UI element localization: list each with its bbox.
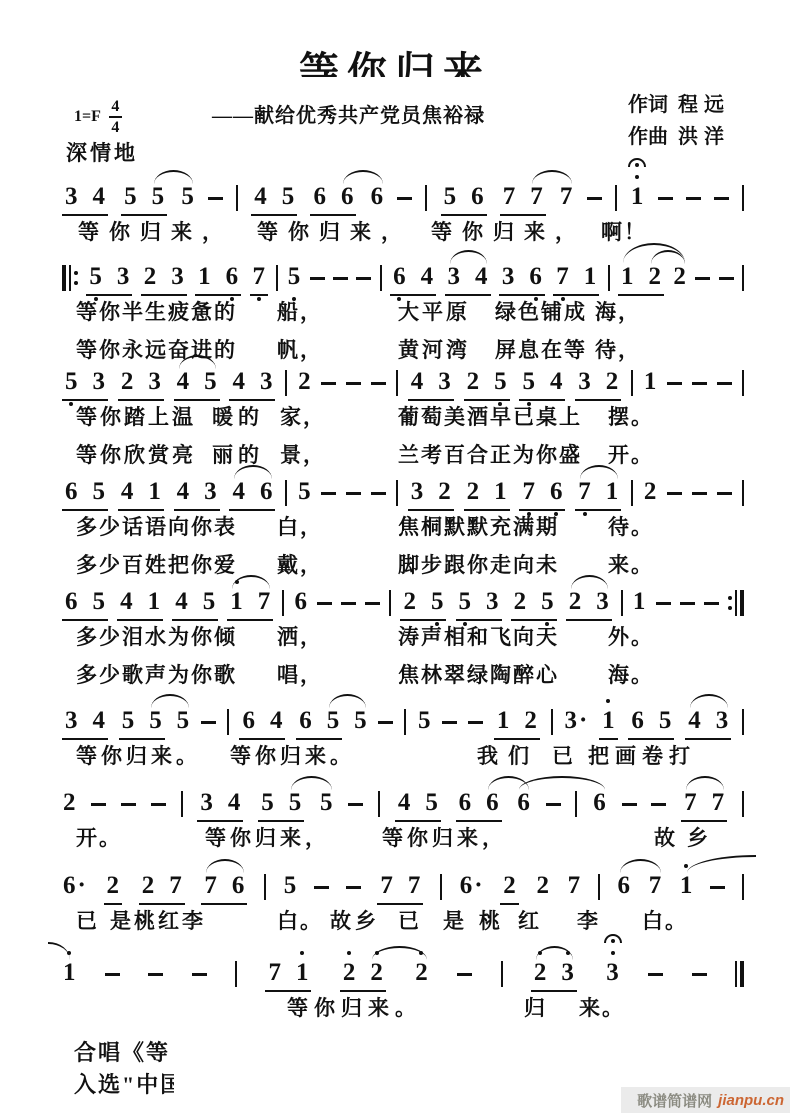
note-number: 4	[398, 789, 411, 816]
note: 6	[392, 262, 407, 292]
note: 4	[176, 367, 191, 397]
barline-thick	[62, 265, 66, 291]
note-number: 6	[550, 478, 563, 505]
beam-group: 76	[519, 477, 565, 511]
note: 1	[295, 958, 310, 988]
beam-group: 45	[251, 182, 297, 216]
lyric-segment: 已	[552, 740, 575, 770]
note: 5	[297, 477, 312, 507]
beam-group: 34	[62, 706, 108, 740]
beam-group: 54	[519, 367, 565, 401]
note-number: 6	[65, 588, 78, 615]
note-number: 4	[232, 478, 245, 505]
note: 2	[342, 958, 357, 988]
note-number: 7	[258, 588, 271, 615]
barline-thick	[740, 961, 744, 987]
note-number: 2	[144, 263, 157, 290]
lyric-segment: 等你欣赏亮	[76, 439, 196, 469]
octave-dot-above	[606, 699, 610, 703]
note: 4	[92, 182, 107, 212]
note-number: 5	[327, 707, 340, 734]
note-number: 5	[124, 183, 137, 210]
note-number: 2	[121, 368, 134, 395]
note: 6·	[459, 871, 484, 901]
note-number: 1	[148, 478, 161, 505]
lyric-segment: 归	[524, 992, 547, 1022]
note: 6	[64, 587, 79, 617]
beam-group: 7	[250, 262, 269, 296]
note-number: 4	[120, 588, 133, 615]
beam-group: 55	[121, 182, 167, 216]
note: 6	[516, 788, 531, 818]
note: 2	[297, 367, 312, 397]
note: 3	[92, 367, 107, 397]
slur-arc	[519, 776, 605, 790]
slur-arc	[536, 946, 573, 960]
beam-group: 43	[229, 367, 275, 401]
note: 6	[340, 182, 355, 212]
barline	[615, 185, 617, 211]
lyric-segment: 戴，	[277, 549, 323, 579]
note-number: 2	[524, 707, 537, 734]
note: 3	[447, 262, 462, 292]
note-number: 2	[467, 478, 480, 505]
note: 3	[64, 182, 79, 212]
lyrics-line: 等你踏上温暖的家，葡萄美酒早已桌上摆。	[62, 401, 744, 429]
note: 4	[269, 706, 284, 736]
beam-group: 77	[377, 871, 423, 905]
barline	[742, 874, 744, 900]
beam-group: 34	[62, 182, 108, 216]
sustain-dash	[356, 277, 371, 280]
note-number: 4	[550, 368, 563, 395]
notes-row: 171222233	[62, 958, 744, 992]
slur-arc	[620, 859, 661, 873]
sustain-dash	[121, 803, 136, 806]
note-number: 6	[517, 789, 530, 816]
note: 7	[521, 477, 536, 507]
note-number: 3	[65, 183, 78, 210]
beam-group: 23	[118, 367, 164, 401]
fermata-icon	[628, 158, 646, 167]
note: 3·	[563, 706, 588, 736]
sustain-dash	[348, 803, 363, 806]
note-number: 7	[253, 263, 266, 290]
note: 4	[119, 587, 134, 617]
lyric-segment: 我们	[477, 740, 539, 770]
sustain-dash	[317, 602, 332, 605]
beam-group: 71	[553, 262, 599, 296]
sustain-dash	[151, 803, 166, 806]
note-number: 5	[320, 789, 333, 816]
lyrics-line: 已是桃红李白。故乡已是桃红李白。	[62, 905, 744, 933]
barline	[742, 791, 744, 817]
note-number: 3	[561, 959, 574, 986]
note: 1	[605, 477, 620, 507]
augmentation-dot: ·	[78, 872, 86, 899]
lyric-segment: 故乡	[654, 822, 720, 852]
barline	[440, 874, 442, 900]
note-number: 1	[63, 959, 76, 986]
lyric-segment: 故乡	[330, 905, 380, 935]
note: 1	[583, 262, 598, 292]
note-number: 2	[63, 789, 76, 816]
slur-arc	[686, 776, 724, 790]
lyrics-line: 开。等你归来，等你归来，故乡	[62, 822, 744, 850]
lyric-segment: 啊！	[601, 216, 647, 246]
beam-group: 66	[310, 182, 356, 216]
beam-group: 2	[500, 871, 519, 905]
note-number: 3	[204, 478, 217, 505]
note-number: 3	[448, 263, 461, 290]
slur-arc	[154, 170, 193, 184]
lyric-segment: 多少百姓把你爱	[76, 549, 237, 579]
note-number: 6	[341, 183, 354, 210]
note: 3	[485, 587, 500, 617]
beam-group: 45	[395, 788, 441, 822]
note-number: 1	[621, 263, 634, 290]
beam-group: 65	[296, 706, 342, 740]
note: 7	[257, 587, 272, 617]
note-number: 3	[578, 368, 591, 395]
lyric-segment: 等你归来，	[431, 216, 586, 246]
final-barline	[735, 958, 744, 987]
note-number: 5	[425, 789, 438, 816]
barline	[742, 480, 744, 506]
sustain-dash	[667, 382, 682, 385]
note-number: 7	[578, 478, 591, 505]
note-number: 4	[93, 707, 106, 734]
note: 2	[414, 958, 429, 988]
lyrics-line: 等你归来，等你归来，等你归来，啊！	[62, 216, 744, 244]
barline	[235, 961, 237, 987]
note-number: 5	[289, 789, 302, 816]
notes-row: 532345432432554321	[62, 367, 744, 401]
barline	[621, 590, 623, 616]
beam-group: 41	[118, 477, 164, 511]
note-number: 7	[380, 872, 393, 899]
note-number: 5	[541, 588, 554, 615]
note-number: 6	[459, 789, 472, 816]
lyric-segment: 把画卷打	[588, 740, 696, 770]
note: 5	[123, 182, 138, 212]
note-number: 5	[65, 368, 78, 395]
note: 7	[407, 871, 422, 901]
sustain-dash	[680, 602, 695, 605]
beam-group: 25	[400, 587, 446, 621]
sustain-dash	[346, 886, 361, 889]
note: 1	[62, 958, 77, 988]
note-number: 3	[606, 959, 619, 986]
sustain-dash	[695, 277, 710, 280]
sustain-dash	[622, 803, 637, 806]
lyric-segment: 焦林翠绿陶醉心	[398, 659, 559, 689]
beam-group: 34	[445, 262, 491, 296]
barline	[282, 590, 284, 616]
beam-group: 41	[117, 587, 163, 621]
lyric-segment: 是桃红李	[110, 905, 206, 935]
repeat-dot	[74, 281, 78, 285]
beam-group: 64	[239, 706, 285, 740]
sustain-dash	[686, 197, 701, 200]
note-number: 2	[403, 588, 416, 615]
note: 5	[288, 788, 303, 818]
note: 6	[592, 788, 607, 818]
note: 6	[617, 871, 632, 901]
note: 6	[485, 788, 500, 818]
note: 6	[470, 182, 485, 212]
note: 2	[513, 587, 528, 617]
lyric-segment: 红	[518, 905, 541, 935]
note: 3	[715, 706, 730, 736]
sustain-dash	[378, 721, 393, 724]
note: 4	[397, 788, 412, 818]
note-number: 5	[659, 707, 672, 734]
lyric-segment: 海，	[595, 296, 641, 326]
note: 2	[141, 871, 156, 901]
barline	[551, 709, 553, 735]
slur-arc	[329, 694, 366, 708]
note: 5	[92, 477, 107, 507]
note: 4	[120, 477, 135, 507]
sustain-dash	[321, 492, 336, 495]
note-number: 2	[343, 959, 356, 986]
barline	[608, 265, 610, 291]
note-number: 5	[298, 478, 311, 505]
note: 3	[605, 958, 620, 988]
beam-group: 71	[575, 477, 621, 511]
beam-group: 32	[575, 367, 621, 401]
note-number: 5	[181, 183, 194, 210]
lyric-segment: 多少话语向你表	[76, 511, 237, 541]
lyric-segment: 帆，	[277, 334, 323, 364]
lyric-segment: 家，	[280, 401, 326, 431]
sustain-dash	[397, 197, 412, 200]
note: 2	[648, 262, 663, 292]
beam-group: 65	[62, 477, 108, 511]
slur-arc	[206, 859, 244, 873]
note-number: 2	[649, 263, 662, 290]
sustain-dash	[692, 492, 707, 495]
note-number: 5	[459, 588, 472, 615]
note: 7	[559, 182, 574, 212]
note: 6	[64, 477, 79, 507]
beam-group: 77	[500, 182, 546, 216]
augmentation-dot: ·	[474, 872, 482, 899]
note: 1	[679, 871, 694, 901]
note-number: 3	[171, 263, 184, 290]
sustain-dash	[91, 803, 106, 806]
lyric-segment: 桃	[479, 905, 502, 935]
augmentation-dot: ·	[579, 707, 587, 734]
score-line: 5323167564343671122等你半生疲惫的船，大平原绿色铺成海，等你永…	[62, 262, 744, 296]
lyric-segment: 等你归来，	[78, 216, 233, 246]
note-number: 7	[408, 872, 421, 899]
note-number: 3	[716, 707, 729, 734]
score-line: 34555646555123·16543等你归来。等你归来。我们已把画卷打	[62, 706, 744, 740]
note: 4	[474, 262, 489, 292]
sustain-dash	[346, 492, 361, 495]
note-number: 6	[313, 183, 326, 210]
beam-group: 12	[494, 706, 540, 740]
note: 2	[672, 262, 687, 292]
beam-group: 23	[141, 262, 187, 296]
footer-note-1: 合唱《等	[74, 1036, 170, 1067]
note-number: 7	[169, 872, 182, 899]
lyric-segment: 大平原	[398, 296, 470, 326]
note: 3	[577, 367, 592, 397]
sustain-dash	[468, 721, 483, 724]
note-number: 7	[204, 872, 217, 899]
note-number: 3	[486, 588, 499, 615]
beam-group: 46	[229, 477, 275, 511]
note-number: 1	[494, 478, 507, 505]
note-number: 3	[148, 368, 161, 395]
beam-group: 66	[456, 788, 502, 822]
note-number: 5	[431, 588, 444, 615]
beam-group: 17	[227, 587, 273, 621]
sustain-dash	[333, 277, 348, 280]
lyrics-line: 等你归来。等你归来。我们已把画卷打	[62, 740, 744, 768]
sustain-dash	[719, 277, 734, 280]
lyric-segment: 白。	[277, 905, 323, 935]
note: 3	[595, 587, 610, 617]
notes-row: 34555646555123·16543	[62, 706, 744, 740]
note: 3	[64, 706, 79, 736]
beam-group: 23	[566, 587, 612, 621]
lyrics-line: 等你半生疲惫的船，大平原绿色铺成海，	[62, 296, 744, 324]
notes-row: 654145176255325231	[62, 587, 744, 621]
note-number: 5	[444, 183, 457, 210]
barline	[396, 370, 398, 396]
note-number: 4	[93, 183, 106, 210]
lyric-segment: 葡萄美酒早已桌上	[398, 401, 582, 431]
lyric-segment: 暖的	[212, 401, 264, 431]
beam-group: 76	[201, 871, 247, 905]
note-number: 7	[684, 789, 697, 816]
slur-arc	[687, 855, 757, 873]
note-number: 5	[204, 368, 217, 395]
barline	[389, 590, 391, 616]
note-number: 6	[631, 707, 644, 734]
note: 3	[116, 262, 131, 292]
note: 6·	[62, 871, 87, 901]
note-number: 1	[198, 263, 211, 290]
slur-arc	[372, 946, 427, 960]
slur-arc	[690, 694, 728, 708]
note: 3	[170, 262, 185, 292]
barline	[227, 709, 229, 735]
lyrics-line: 多少话语向你表白，焦桐默默充满期待。	[62, 511, 744, 539]
beam-group: 53	[86, 262, 132, 296]
barline-thick	[740, 590, 744, 616]
note-number: 1	[230, 588, 243, 615]
beam-group: 53	[62, 367, 108, 401]
note-number: 3	[200, 789, 213, 816]
note: 2	[437, 477, 452, 507]
note-number: 7	[530, 183, 543, 210]
barline	[631, 480, 633, 506]
note: 5	[353, 706, 368, 736]
note: 3	[259, 367, 274, 397]
note: 5	[203, 367, 218, 397]
note-number: 1	[633, 588, 646, 615]
note-number: 1	[631, 183, 644, 210]
note: 5	[443, 182, 458, 212]
note: 7	[267, 958, 282, 988]
note: 1	[147, 587, 162, 617]
sustain-dash	[692, 382, 707, 385]
note: 5	[148, 706, 163, 736]
note-number: 6	[486, 789, 499, 816]
sustain-dash	[546, 803, 561, 806]
note-number: 6	[471, 183, 484, 210]
watermark: 歌谱简谱网 jianpu.cn	[621, 1087, 790, 1113]
note: 7	[577, 477, 592, 507]
notes-row: 654143465322176712	[62, 477, 744, 511]
beam-group: 43	[174, 477, 220, 511]
barline	[285, 480, 287, 506]
lyric-segment: 白。	[642, 905, 688, 935]
beam-group: 45	[172, 587, 218, 621]
note: 1	[643, 367, 658, 397]
note-number: 3	[438, 368, 451, 395]
note-number: 1	[296, 959, 309, 986]
note-number: 4	[228, 789, 241, 816]
note-number: 7	[522, 478, 535, 505]
lyric-segment: 等你半生疲惫的	[76, 296, 237, 326]
note-number: 3	[65, 707, 78, 734]
note: 5	[417, 706, 432, 736]
beam-group: 27	[139, 871, 185, 905]
note-number: 7	[568, 872, 581, 899]
note-number: 2	[503, 872, 516, 899]
score-line: 3455545666567771等你归来，等你归来，等你归来，啊！	[62, 182, 744, 216]
note-number: 1	[680, 872, 693, 899]
note: 2	[466, 367, 481, 397]
note: 6	[549, 477, 564, 507]
note-number: 3	[411, 478, 424, 505]
beam-group: 43	[408, 367, 454, 401]
note-number: 2	[644, 478, 657, 505]
beam-group: 55	[258, 788, 304, 822]
barline	[378, 791, 380, 817]
note: 6	[231, 871, 246, 901]
note: 4	[176, 477, 191, 507]
note: 1	[601, 706, 616, 736]
note: 2	[533, 958, 548, 988]
note-number: 7	[503, 183, 516, 210]
note: 6	[259, 477, 274, 507]
lyric-segment: 已	[398, 905, 421, 935]
lyric-segment: 摆。	[608, 401, 654, 431]
lyric-segment: 来。	[608, 549, 654, 579]
note: 6	[370, 182, 385, 212]
note-number: 5	[93, 478, 106, 505]
lyric-segment: 开。	[76, 822, 122, 852]
note: 2	[535, 871, 550, 901]
note-number: 3	[596, 588, 609, 615]
sustain-dash	[648, 973, 663, 976]
note: 2	[106, 871, 121, 901]
beam-group: 71	[265, 958, 311, 992]
note: 2	[120, 367, 135, 397]
note: 4	[253, 182, 268, 212]
note-number: 7	[712, 789, 725, 816]
watermark-site-name: 歌谱简谱网	[637, 1090, 712, 1111]
note: 7	[711, 788, 726, 818]
note: 3	[147, 367, 162, 397]
